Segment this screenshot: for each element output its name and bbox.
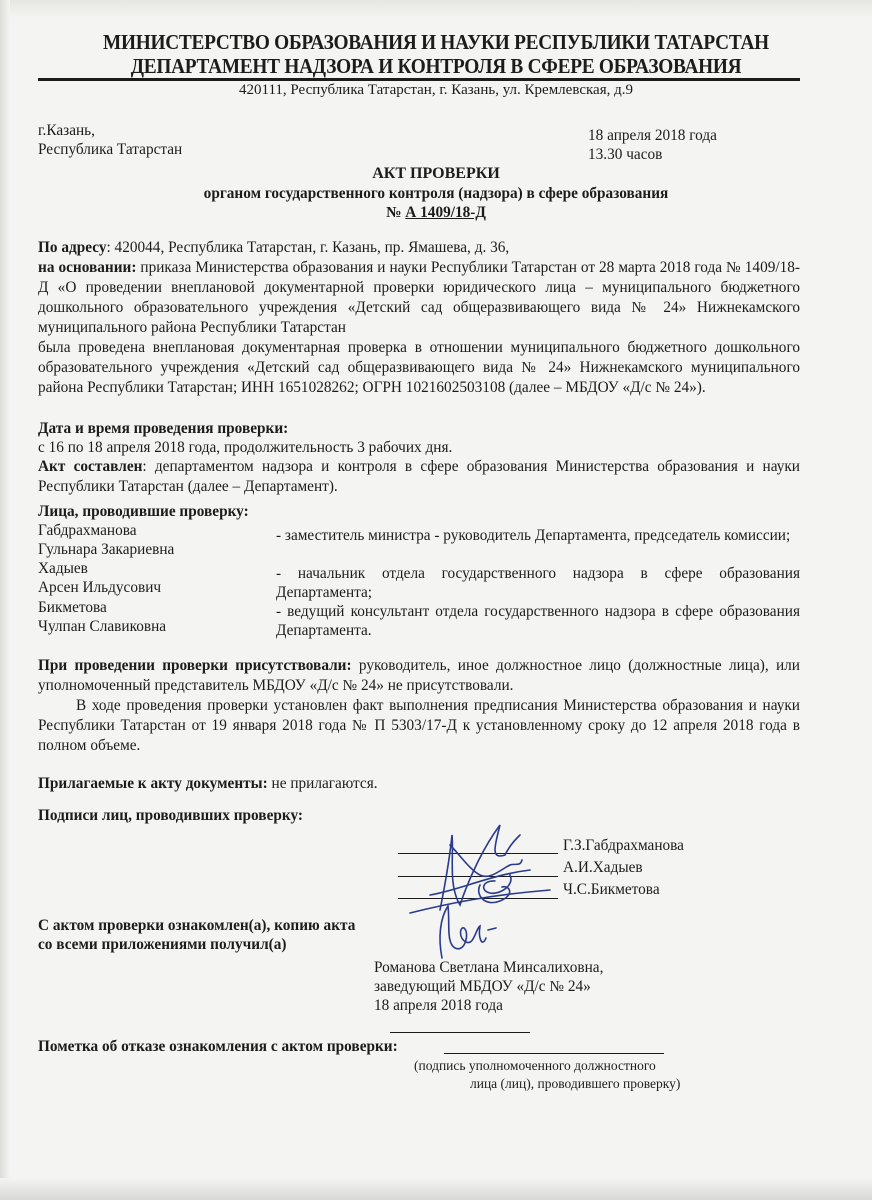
signatures-label: Подписи лиц, проводивших проверку: (38, 806, 303, 825)
letterhead-ministry: МИНИСТЕРСТВО ОБРАЗОВАНИЯ И НАУКИ РЕСПУБЛ… (35, 30, 837, 55)
inspector-3-role: - ведущий консультант отдела государстве… (276, 602, 800, 640)
inspector-3-surname: Бикметова (38, 598, 107, 617)
signatory-2-name: А.И.Хадыев (563, 858, 643, 877)
act-date: 18 апреля 2018 года (588, 126, 717, 145)
recipient-role: заведующий МБДОУ «Д/с № 24» (374, 977, 591, 996)
basis-text: приказа Министерства образования и науки… (38, 259, 800, 336)
refusal-caption-line1: (подпись уполномоченного должностного (414, 1056, 656, 1075)
act-number-prefix: № (386, 204, 405, 221)
compiled-paragraph: Акт составлен: департаментом надзора и к… (38, 457, 800, 497)
compiled-label: Акт составлен (38, 458, 142, 475)
inspector-2-given-names: Арсен Ильдусович (38, 578, 161, 597)
attachments-value: не прилагаются. (268, 775, 378, 792)
address-label: По адресу (38, 239, 106, 256)
inspectors-label: Лица, проводившие проверку: (38, 502, 249, 521)
letterhead-rule (38, 78, 800, 81)
inspection-paragraph: была проведена внеплановая документарная… (38, 338, 800, 398)
act-subtitle: органом государственного контроля (надзо… (0, 184, 872, 203)
letterhead-department: ДЕПАРТАМЕНТ НАДЗОРА И КОНТРОЛЯ В СФЕРЕ О… (35, 54, 837, 79)
scan-edge-top (0, 0, 872, 18)
inspector-1-given-names: Гульнара Закариевна (38, 540, 174, 559)
letterhead-address: 420111, Республика Татарстан, г. Казань,… (0, 82, 872, 99)
place-region: Республика Татарстан (38, 140, 182, 159)
place-city: г.Казань, (38, 121, 95, 140)
compiled-value: : департаментом надзора и контроля в сфе… (38, 458, 800, 495)
recipient-name: Романова Светлана Минсалиховна, (374, 958, 603, 977)
scan-edge-bottom (0, 1178, 872, 1200)
basis-label: на основании: (38, 259, 136, 276)
inspector-3-given-names: Чулпан Славиковна (38, 617, 166, 636)
refusal-caption-line2: лица (лиц), проводившего проверку) (470, 1074, 680, 1093)
document-page: МИНИСТЕРСТВО ОБРАЗОВАНИЯ И НАУКИ РЕСПУБЛ… (0, 0, 872, 1200)
attachments-label: Прилагаемые к акту документы: (38, 775, 268, 792)
ack-line2: со всеми приложениями получил(а) (38, 935, 287, 954)
finding-paragraph: В ходе проведения проверки установлен фа… (38, 696, 800, 756)
signatory-1-name: Г.З.Габдрахманова (563, 836, 684, 855)
dates-label: Дата и время проведения проверки: (38, 419, 288, 438)
recipient-date: 18 апреля 2018 года (374, 996, 503, 1015)
refusal-signature-line (444, 1053, 664, 1054)
basis-paragraph: на основании: приказа Министерства образ… (38, 258, 800, 338)
act-time: 13.30 часов (588, 145, 662, 164)
address-value: : 420044, Республика Татарстан, г. Казан… (106, 239, 509, 256)
address-line: По адресу: 420044, Республика Татарстан,… (38, 238, 800, 257)
inspector-1-surname: Габдрахманова (38, 521, 137, 540)
inspector-2-role: - начальник отдела государственного надз… (276, 564, 800, 602)
ack-line1: С актом проверки ознакомлен(а), копию ак… (38, 916, 355, 935)
attachments-line: Прилагаемые к акту документы: не прилага… (38, 774, 378, 793)
present-paragraph: При проведении проверки присутствовали: … (38, 656, 800, 696)
signatory-3-name: Ч.С.Бикметова (563, 880, 660, 899)
refusal-label: Пометка об отказе ознакомления с актом п… (38, 1037, 398, 1056)
dates-value: с 16 по 18 апреля 2018 года, продолжител… (38, 438, 452, 457)
act-title: АКТ ПРОВЕРКИ (0, 164, 872, 183)
inspector-2-surname: Хадыев (38, 559, 88, 578)
act-number: № А 1409/18-Д (0, 203, 872, 222)
refusal-top-line (390, 1032, 530, 1033)
inspector-1-role: - заместитель министра - руководитель Де… (276, 526, 800, 545)
act-number-value: А 1409/18-Д (405, 204, 486, 221)
present-label: При проведении проверки присутствовали: (38, 657, 352, 674)
